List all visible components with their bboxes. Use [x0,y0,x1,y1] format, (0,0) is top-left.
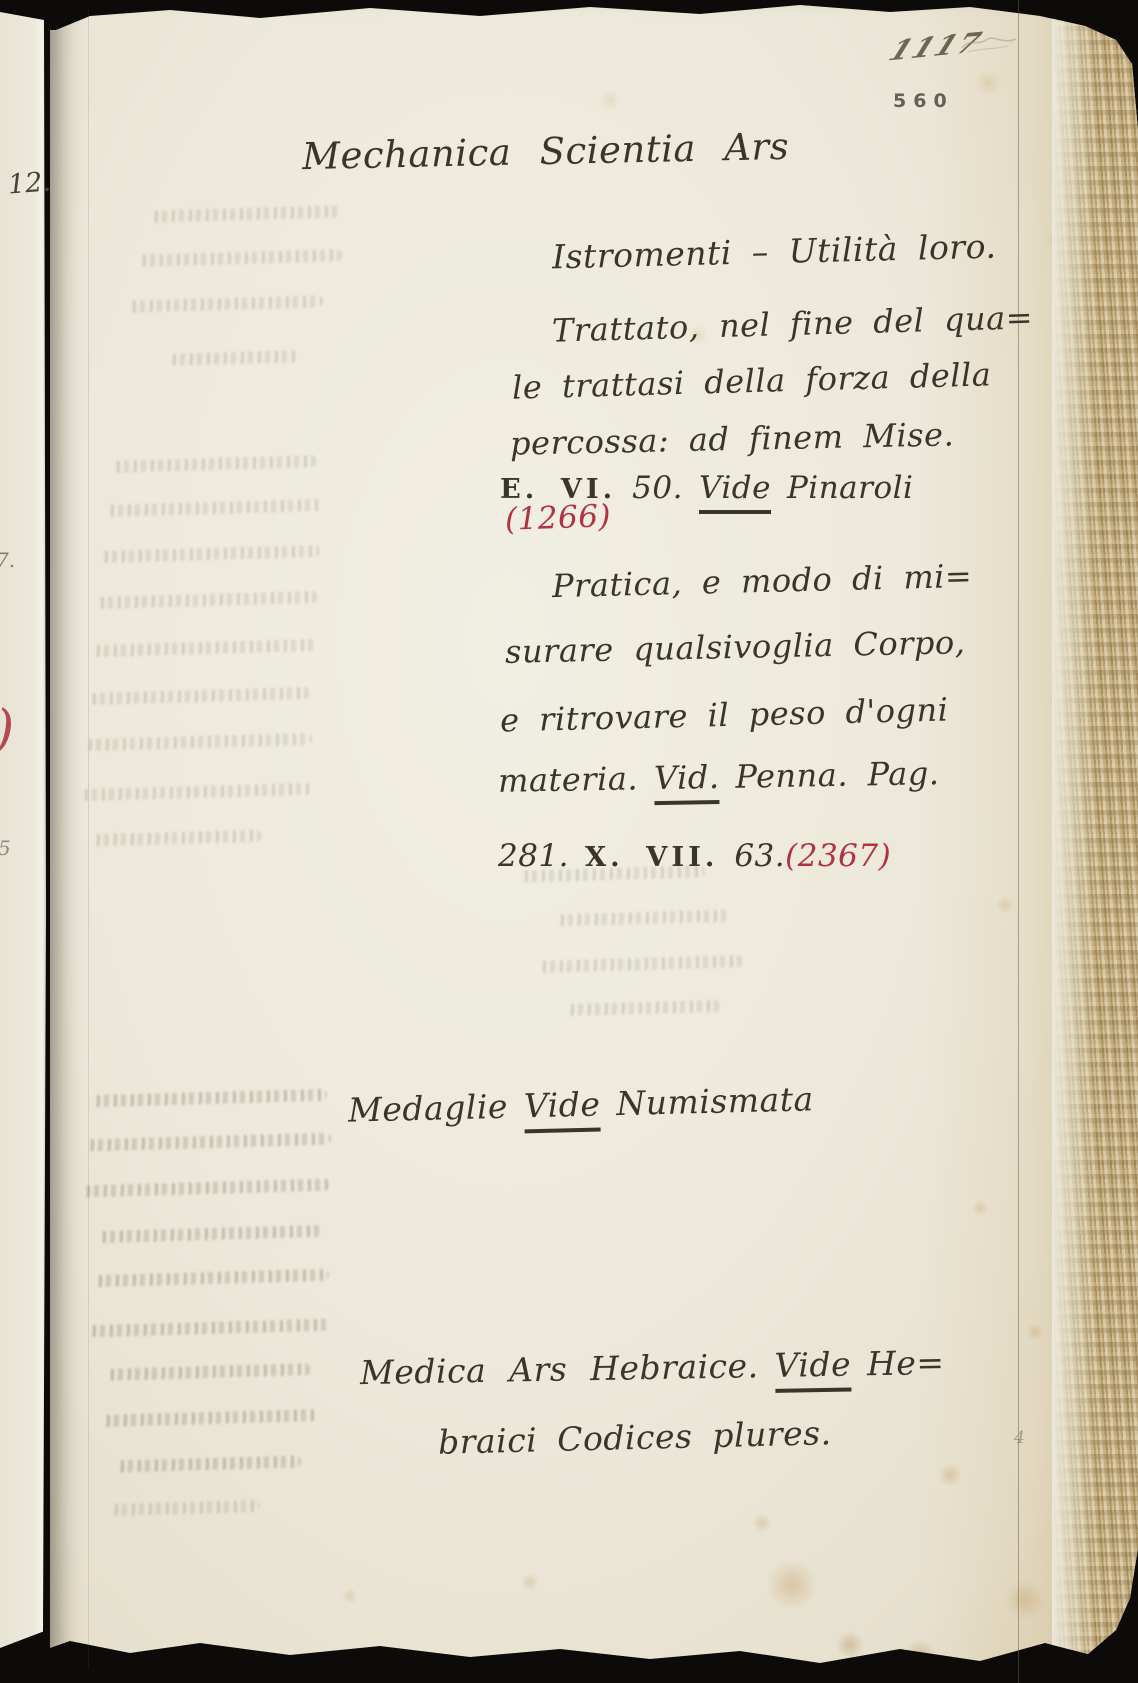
entry-pratica-line5: 281.X. VII.63.(2367) [498,838,891,874]
red-catalog-number-2367: (2367) [785,838,891,874]
red-catalog-number-1266: (1266) [504,498,611,538]
vid-cross-reference: Vid. [654,758,720,805]
line4-word: materia. [498,759,639,799]
prev-page-fragment-mid: 7. [0,548,15,572]
page-number-281: 281. [498,838,569,874]
vide-cross-reference-2: Vide [523,1085,601,1134]
corner-page-mark: 4 [1014,1428,1025,1448]
shelfmark-code-2: X. VII. [585,841,718,873]
medaglie-term: Medaglie [348,1087,509,1130]
vide-cross-reference: Vide [699,470,771,514]
prev-page-fragment-red-paren: ) [0,700,14,760]
medica-term: Medica Ars Hebraice. [360,1346,759,1392]
author-name: Pinaroli [787,470,914,506]
page-number-63: 63. [734,838,785,874]
prev-page-fragment-number: 12. [7,167,52,201]
manuscript-scan: 12. 7. ) 5 1117 560 Mechanica Scientia A… [0,0,1138,1683]
page-crease [88,10,89,1669]
vide-cross-reference-3: Vide [774,1345,851,1393]
library-stamp-number: 560 [893,90,954,112]
line4-reference: Penna. Pag. [735,754,940,796]
medaglie-target: Numismata [616,1079,814,1123]
prev-page-fragment-low: 5 [0,836,11,860]
faded-ink-scribble [958,30,1020,56]
shelfmark-number: 50. [632,470,683,506]
entry-pratica-line4: materia.Vid.Penna. Pag. [498,754,940,800]
deckled-fore-edge [1052,0,1138,1683]
previous-page-edge [0,12,46,1648]
medica-hyphenated: He= [867,1343,945,1383]
